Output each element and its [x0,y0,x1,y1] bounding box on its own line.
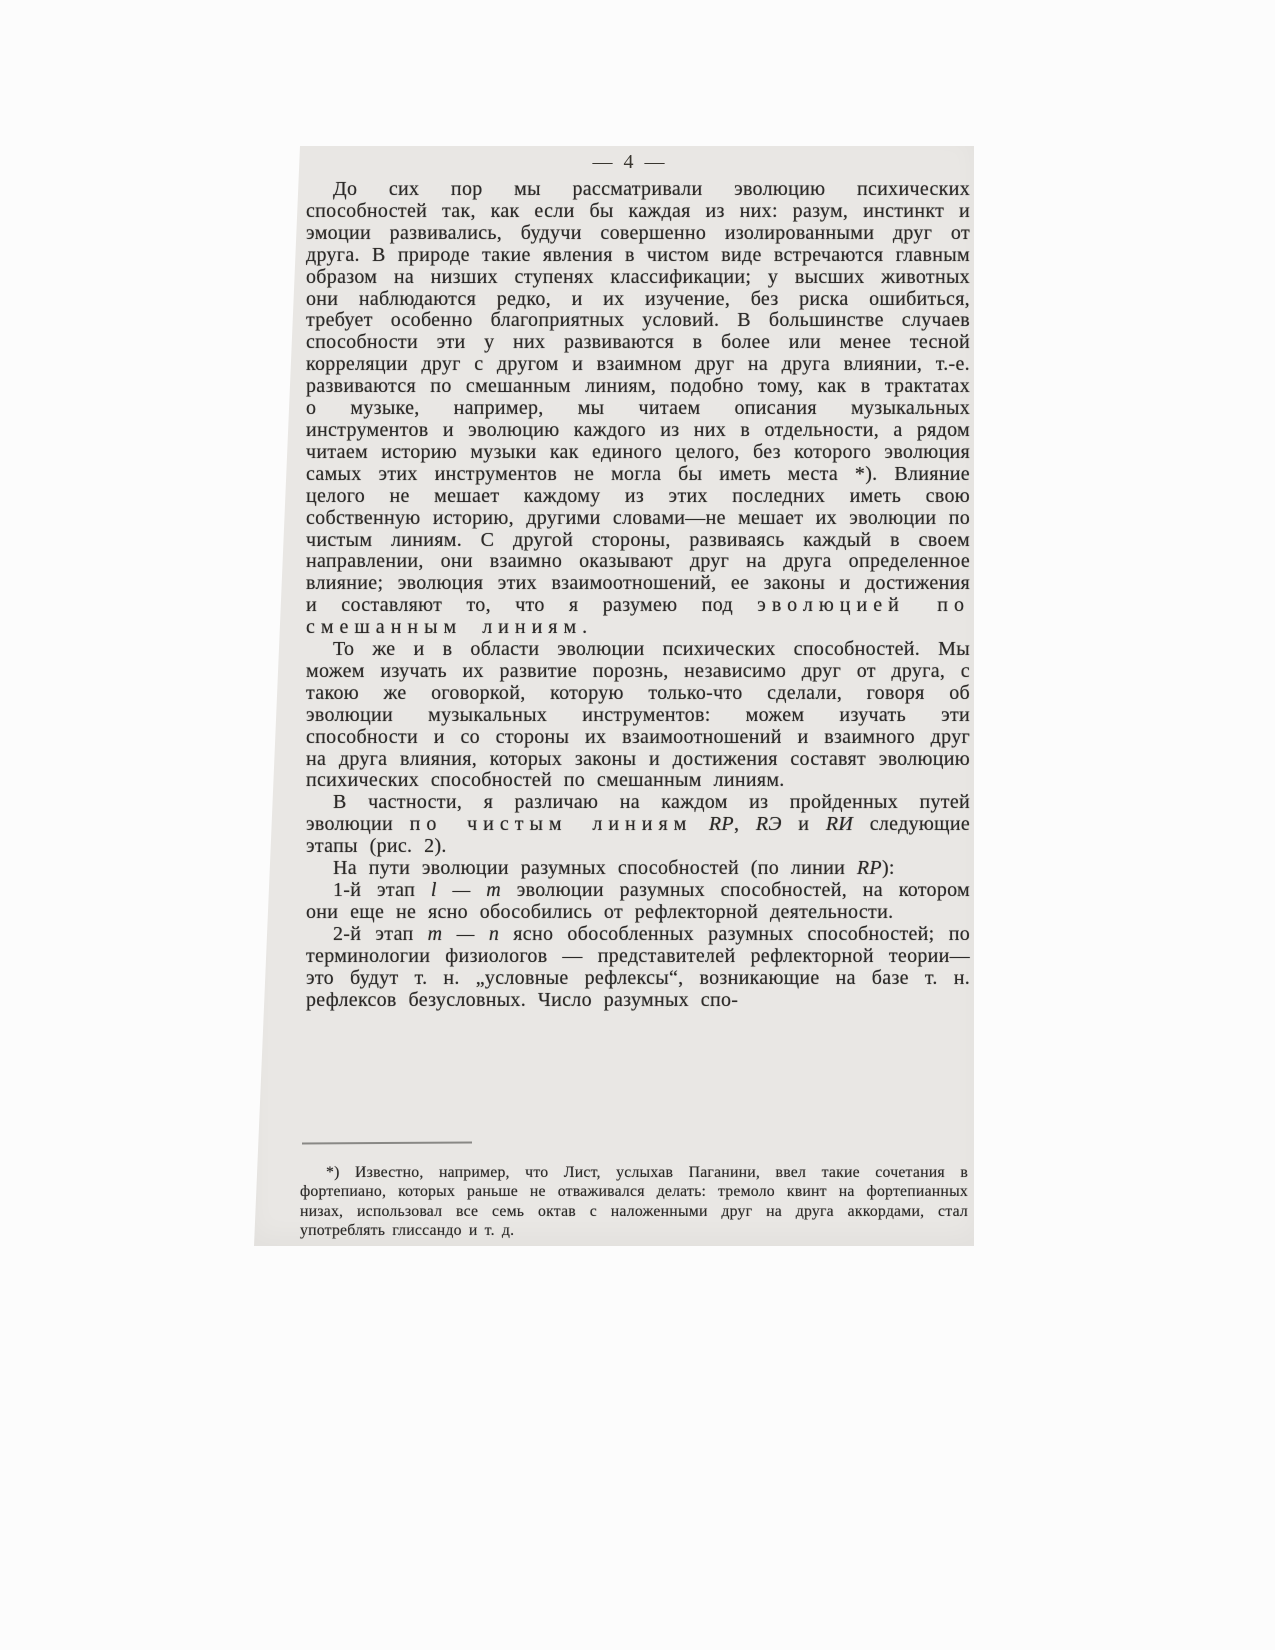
paragraph-6-text: 2-й этап [333,923,428,945]
footnote-marker: *) [326,1164,340,1181]
symbol-RI: RИ [826,813,853,835]
paragraph-3: В частности, я различаю на каждом из про… [306,792,970,858]
scanned-page: — 4 — До сих пор мы рассматривали эволюц… [254,146,974,1246]
symbol-RE: RЭ [756,813,782,835]
separator: , [734,813,756,835]
separator: и [782,813,826,835]
main-text-column: До сих пор мы рассматривали эволюцию пси… [306,179,970,1011]
footnote: *) Известно, например, что Лист, услыхав… [300,1163,968,1240]
symbol-RP: RP [709,813,734,835]
paragraph-4: На пути эволюции разумных способностей (… [306,858,970,880]
paragraph-5: 1-й этап l — m эволюции разумных способн… [306,880,970,924]
symbol-m-n: m — n [428,923,499,945]
symbol-l-m: l — m [431,879,501,901]
footnote-text: Известно, например, что Лист, услыхав Па… [300,1164,968,1239]
paragraph-4-text: На пути эволюции разумных способностей (… [333,857,857,879]
paragraph-1: До сих пор мы рассматривали эволюцию пси… [306,179,970,639]
paragraph-2-text: То же и в области эволюции психических с… [306,638,970,791]
page-number: — 4 — [300,151,960,174]
letterspaced-phrase-pure-lines: по чистым линиям [410,813,693,835]
symbol-RP: RP [857,857,882,879]
paragraph-4-tail: ): [882,857,895,879]
footnote-divider [302,1142,472,1145]
paragraph-1-text: До сих пор мы рассматривали эволюцию пси… [306,178,970,616]
paragraph-2: То же и в области эволюции психических с… [306,639,970,792]
separator [692,813,709,835]
paragraph-6: 2-й этап m — n ясно обособленных разумны… [306,924,970,1012]
paragraph-5-text: 1-й этап [333,879,431,901]
